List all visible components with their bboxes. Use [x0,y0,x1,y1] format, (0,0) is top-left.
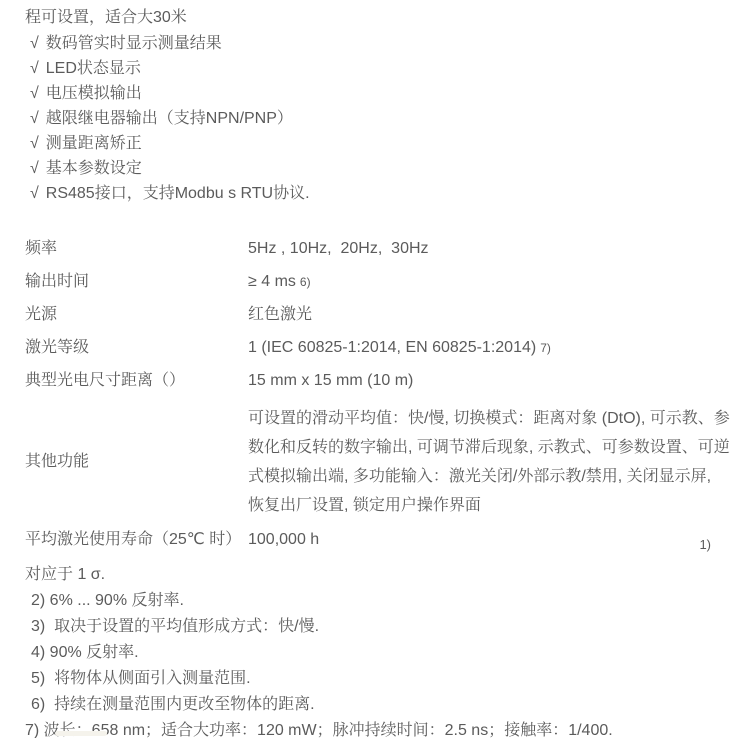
footnote-ref: 6) [300,275,311,289]
feature-text: 电压模拟输出 [46,84,142,104]
spec-value: ≥ 4 ms6) [248,272,733,292]
feature-item: √ 测量距离矫正 [25,134,733,154]
feature-text: RS485接口，支持Modbu s RTU协议. [46,184,310,204]
feature-text: 越限继电器输出（支持NPN/PNP） [46,109,293,129]
spec-value-text: ≥ 4 ms [248,273,296,290]
footnote-item-3: 3) 取决于设置的平均值形成方式：快/慢. [25,617,733,637]
spec-row-output-time: 输出时间 ≥ 4 ms6) [25,272,733,292]
footnote-continuation: 对应于 1 σ. [25,565,733,585]
spec-value-text: 15 mm x 15 mm (10 m) [248,372,413,389]
feature-item: √ 数码管实时显示测量结果 [25,34,733,54]
spec-label: 其他功能 [25,452,248,472]
spec-value: 红色激光 [248,305,733,325]
scrollbar-thumb[interactable] [55,731,107,736]
footnote-ref-1: 1) [699,537,711,552]
feature-item: √ 电压模拟输出 [25,84,733,104]
feature-item: √ LED状态显示 [25,59,733,79]
footnote-item-7: 7) 波长：658 nm；适合大功率：120 mW；脉冲持续时间：2.5 ns；… [25,721,733,738]
spec-table: 频率 5Hz , 10Hz, 20Hz, 30Hz 输出时间 ≥ 4 ms6) … [0,239,733,550]
footnote-ref: 7) [540,341,551,355]
feature-item: √ 越限继电器输出（支持NPN/PNP） [25,109,733,129]
spec-value-text: 红色激光 [248,306,312,323]
spec-value-text: 1 (IEC 60825-1:2014, EN 60825-1:2014) [248,339,536,356]
intro-lead-text: 程可设置，适合大30米 [25,8,733,28]
spec-label: 输出时间 [25,272,248,292]
spec-value: 可设置的滑动平均值：快/慢, 切换模式：距离对象 (DtO), 可示教、参数化和… [248,404,731,520]
footnotes-section: 对应于 1 σ. 2) 6% ... 90% 反射率. 3) 取决于设置的平均值… [0,565,733,738]
spec-label: 典型光电尺寸距离（） [25,371,248,391]
spec-row-other-functions: 其他功能 可设置的滑动平均值：快/慢, 切换模式：距离对象 (DtO), 可示教… [25,404,733,520]
check-mark-icon: √ [30,159,39,179]
footnote-item-6: 6) 持续在测量范围内更改至物体的距离. [25,695,733,715]
spec-value: 1 (IEC 60825-1:2014, EN 60825-1:2014)7) [248,338,733,358]
spec-label: 平均激光使用寿命（25℃ 时） [25,530,248,550]
check-mark-icon: √ [30,184,39,204]
check-mark-icon: √ [30,109,39,129]
spec-value-text: 5Hz , 10Hz, 20Hz, 30Hz [248,240,429,257]
check-mark-icon: √ [30,59,39,79]
spec-row-frequency: 频率 5Hz , 10Hz, 20Hz, 30Hz [25,239,733,259]
footnote-item-4: 4) 90% 反射率. [25,643,733,663]
spec-label: 频率 [25,239,248,259]
footnote-item-2: 2) 6% ... 90% 反射率. [25,591,733,611]
footnote-item-5: 5) 将物体从侧面引入测量范围. [25,669,733,689]
spec-row-laser-life: 平均激光使用寿命（25℃ 时） 100,000 h 1) [25,530,733,550]
spec-row-spot-size: 典型光电尺寸距离（） 15 mm x 15 mm (10 m) [25,371,733,391]
check-mark-icon: √ [30,34,39,54]
feature-item: √ RS485接口，支持Modbu s RTU协议. [25,184,733,204]
spec-row-laser-class: 激光等级 1 (IEC 60825-1:2014, EN 60825-1:201… [25,338,733,358]
feature-text: 数码管实时显示测量结果 [46,34,222,54]
feature-text: 测量距离矫正 [46,134,142,154]
spec-value: 5Hz , 10Hz, 20Hz, 30Hz [248,239,733,259]
check-mark-icon: √ [30,134,39,154]
spec-label: 光源 [25,305,248,325]
spec-document-page: 程可设置，适合大30米 √ 数码管实时显示测量结果 √ LED状态显示 √ 电压… [0,0,733,738]
spec-value: 15 mm x 15 mm (10 m) [248,371,733,391]
intro-section: 程可设置，适合大30米 √ 数码管实时显示测量结果 √ LED状态显示 √ 电压… [0,0,733,204]
feature-list: √ 数码管实时显示测量结果 √ LED状态显示 √ 电压模拟输出 √ 越限继电器… [25,34,733,204]
check-mark-icon: √ [30,84,39,104]
spec-value-text: 100,000 h [248,531,319,548]
feature-text: 基本参数设定 [46,159,142,179]
spec-row-light-source: 光源 红色激光 [25,305,733,325]
spec-label: 激光等级 [25,338,248,358]
feature-item: √ 基本参数设定 [25,159,733,179]
spec-value: 100,000 h [248,530,733,550]
feature-text: LED状态显示 [46,59,141,79]
